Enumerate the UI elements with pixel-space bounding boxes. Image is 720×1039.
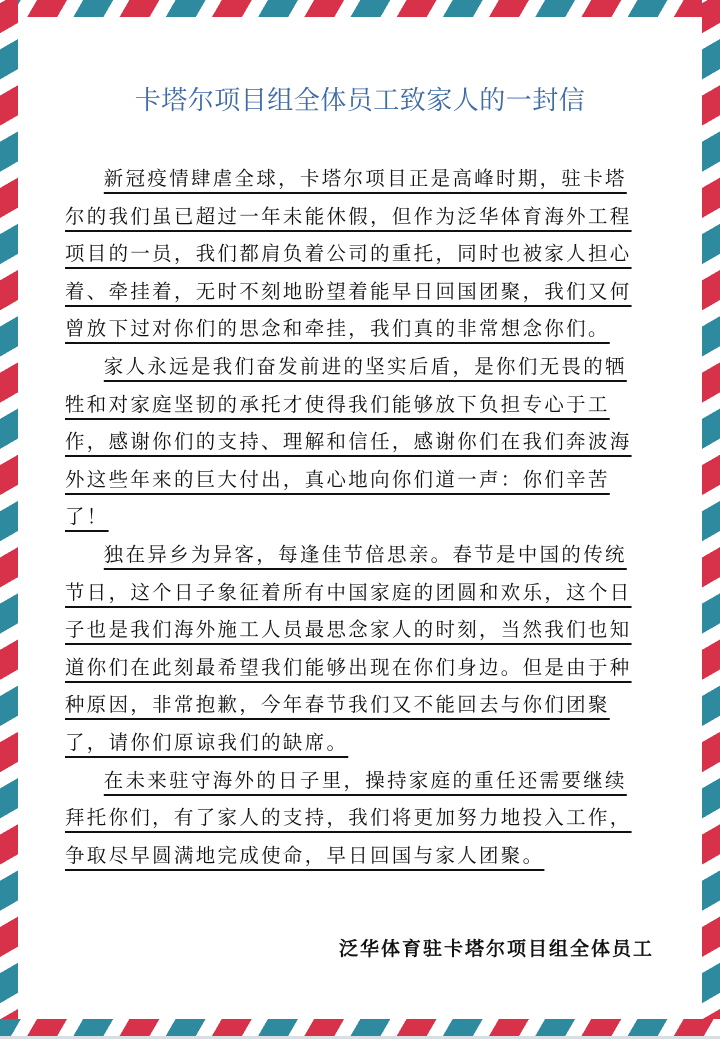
- letter-title: 卡塔尔项目组全体员工致家人的一封信: [0, 80, 720, 117]
- airmail-border-right: [702, 0, 720, 1039]
- paragraph-3: 独在异乡为异客，每逢佳节倍思亲。春节是中国的传统节日，这个日子象征着所有中国家庭…: [65, 536, 647, 762]
- airmail-border-top: [0, 0, 720, 17]
- paragraph-1: 新冠疫情肆虐全球，卡塔尔项目正是高峰时期，驻卡塔尔的我们虽已超过一年未能休假，但…: [65, 160, 647, 348]
- airmail-border-left: [0, 0, 18, 1039]
- letter-signature: 泛华体育驻卡塔尔项目组全体员工: [339, 934, 654, 961]
- letter-body: 新冠疫情肆虐全球，卡塔尔项目正是高峰时期，驻卡塔尔的我们虽已超过一年未能休假，但…: [65, 160, 647, 874]
- paragraph-4: 在未来驻守海外的日子里，操持家庭的重任还需要继续拜托你们，有了家人的支持，我们将…: [65, 762, 647, 875]
- paragraph-2: 家人永远是我们奋发前进的坚实后盾，是你们无畏的牺牲和对家庭坚韧的承托才使得我们能…: [65, 348, 647, 536]
- airmail-border-bottom: [0, 1019, 720, 1036]
